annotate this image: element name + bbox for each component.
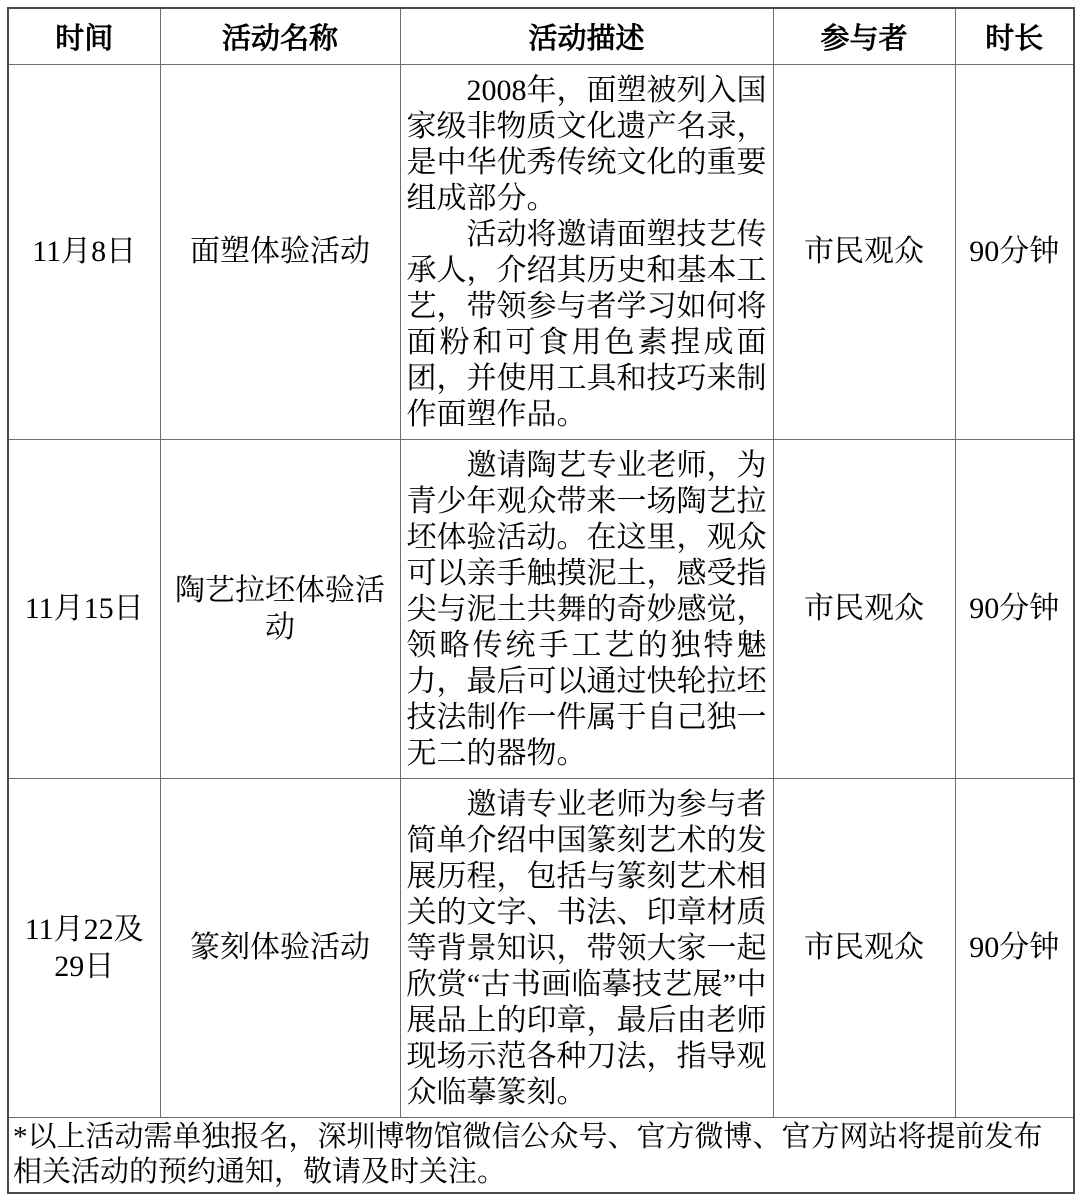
cell-time: 11月8日	[8, 64, 160, 439]
cell-participants: 市民观众	[773, 439, 955, 778]
cell-activity-description: 邀请陶艺专业老师，为青少年观众带来一场陶艺拉坯体验活动。在这里，观众可以亲手触摸…	[400, 439, 773, 778]
cell-activity-name: 篆刻体验活动	[160, 778, 400, 1117]
description-paragraph: 2008年，面塑被列入国家级非物质文化遗产名录，是中华优秀传统文化的重要组成部分…	[407, 73, 767, 217]
activity-schedule-table: 时间 活动名称 活动描述 参与者 时长 11月8日 面塑体验活动 2008年，面…	[7, 7, 1075, 1194]
description-paragraph: 邀请专业老师为参与者简单介绍中国篆刻艺术的发展历程，包括与篆刻艺术相关的文字、书…	[407, 787, 767, 1111]
cell-time: 11月15日	[8, 439, 160, 778]
cell-activity-description: 邀请专业老师为参与者简单介绍中国篆刻艺术的发展历程，包括与篆刻艺术相关的文字、书…	[400, 778, 773, 1117]
description-paragraph: 邀请陶艺专业老师，为青少年观众带来一场陶艺拉坯体验活动。在这里，观众可以亲手触摸…	[407, 448, 767, 772]
description-paragraph: 活动将邀请面塑技艺传承人，介绍其历史和基本工艺，带领参与者学习如何将面粉和可食用…	[407, 217, 767, 433]
header-row: 时间 活动名称 活动描述 参与者 时长	[8, 8, 1074, 64]
column-header-time: 时间	[8, 8, 160, 64]
column-header-description: 活动描述	[400, 8, 773, 64]
footnote-row: *以上活动需单独报名，深圳博物馆微信公众号、官方微博、官方网站将提前发布相关活动…	[8, 1117, 1074, 1193]
cell-time: 11月22及29日	[8, 778, 160, 1117]
table-row-zhuanKe: 11月22及29日 篆刻体验活动 邀请专业老师为参与者简单介绍中国篆刻艺术的发展…	[8, 778, 1074, 1117]
cell-activity-name: 面塑体验活动	[160, 64, 400, 439]
cell-activity-description: 2008年，面塑被列入国家级非物质文化遗产名录，是中华优秀传统文化的重要组成部分…	[400, 64, 773, 439]
column-header-name: 活动名称	[160, 8, 400, 64]
table-row-mianSu: 11月8日 面塑体验活动 2008年，面塑被列入国家级非物质文化遗产名录，是中华…	[8, 64, 1074, 439]
cell-participants: 市民观众	[773, 64, 955, 439]
page: 时间 活动名称 活动描述 参与者 时长 11月8日 面塑体验活动 2008年，面…	[0, 0, 1080, 1175]
cell-duration: 90分钟	[955, 778, 1074, 1117]
column-header-participants: 参与者	[773, 8, 955, 64]
column-header-duration: 时长	[955, 8, 1074, 64]
cell-activity-name: 陶艺拉坯体验活动	[160, 439, 400, 778]
cell-participants: 市民观众	[773, 778, 955, 1117]
cell-duration: 90分钟	[955, 64, 1074, 439]
table-row-taoYi: 11月15日 陶艺拉坯体验活动 邀请陶艺专业老师，为青少年观众带来一场陶艺拉坯体…	[8, 439, 1074, 778]
cell-duration: 90分钟	[955, 439, 1074, 778]
footnote-text: *以上活动需单独报名，深圳博物馆微信公众号、官方微博、官方网站将提前发布相关活动…	[8, 1117, 1074, 1193]
